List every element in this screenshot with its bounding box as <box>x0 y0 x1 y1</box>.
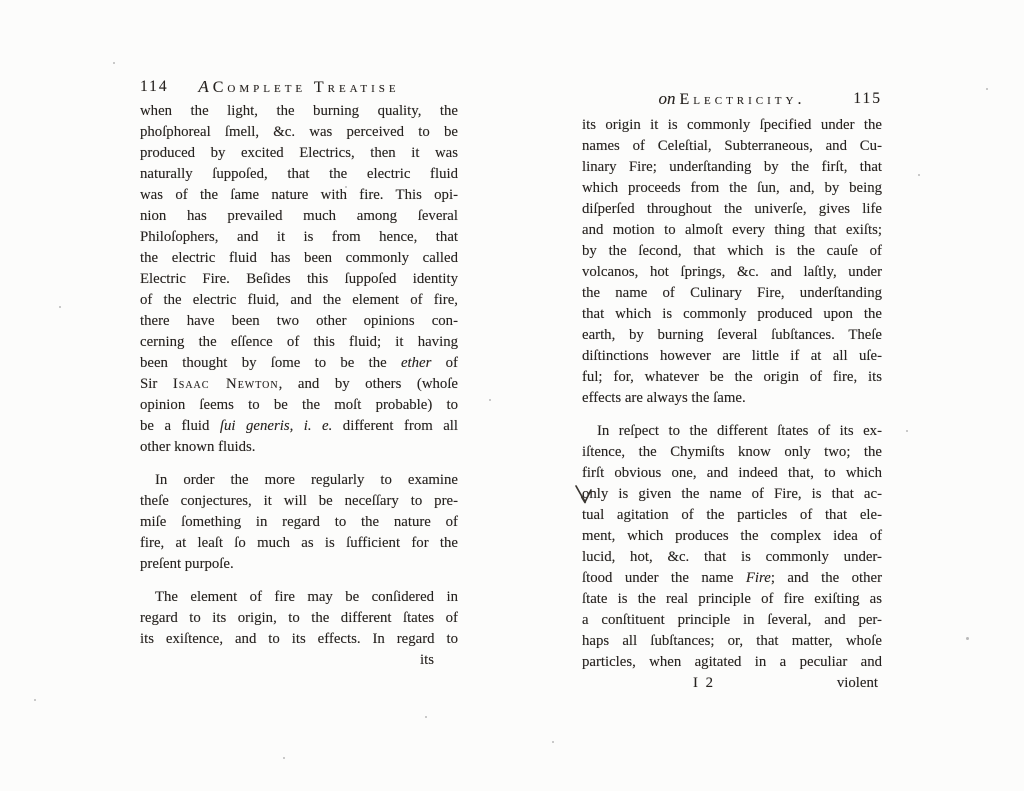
paragraph: when the light, the burning quality, the… <box>140 101 458 458</box>
smallcaps-text: Isaac Newton <box>173 376 279 392</box>
scan-speck <box>918 174 920 176</box>
text-line: particles, when agitated in a peculiar a… <box>582 652 882 673</box>
scan-speck <box>489 399 491 401</box>
text-line: by the ſecond, that which is the cauſe o… <box>582 241 882 262</box>
text-segment: diſtinctions however are little if at al… <box>582 348 882 364</box>
signature-mark: I 2 <box>693 673 715 694</box>
text-segment: nion has prevailed much among ſeveral <box>140 208 458 224</box>
text-line: phoſphoreal ſmell, &c. was perceived to … <box>140 122 458 143</box>
text-line: which proceeds from the ſun, and, by bei… <box>582 178 882 199</box>
text-segment: different from all <box>332 418 458 434</box>
text-line: naturally ſuppoſed, that the electric fl… <box>140 164 458 185</box>
signature-line: I 2 violent <box>582 673 882 694</box>
text-segment: and motion to almoſt every thing that ex… <box>582 222 882 238</box>
italic-text: ether <box>401 355 431 371</box>
text-line: fire, at leaſt ſo much as is ſufficient … <box>140 533 458 554</box>
text-segment: its exiſtence, and to its effects. In re… <box>140 631 458 647</box>
scan-speck <box>986 88 988 90</box>
text-segment: there have been two other opinions con- <box>140 313 458 329</box>
text-line: a conſtituent principle in ſeveral, and … <box>582 610 882 631</box>
text-segment: ment, which produces the complex idea of <box>582 528 882 544</box>
text-line: preſent purpoſe. <box>140 554 458 575</box>
catchword: its <box>420 652 434 668</box>
text-segment: , and by others (whoſe <box>279 376 458 392</box>
text-line: firſt obvious one, and indeed that, to w… <box>582 463 882 484</box>
text-line: the name of Culinary Fire, underſtanding <box>582 283 882 304</box>
text-line: regard to its origin, to the different ſ… <box>140 608 458 629</box>
scan-speck <box>552 741 554 743</box>
text-line: Electric Fire. Beſides this ſuppoſed ide… <box>140 269 458 290</box>
page-number: 114 <box>140 76 169 98</box>
italic-text: Fire <box>746 570 771 586</box>
text-line: produced by excited Electrics, then it w… <box>140 143 458 164</box>
text-line: ment, which produces the complex idea of <box>582 526 882 547</box>
text-segment: miſe ſomething in regard to the nature o… <box>140 514 458 530</box>
text-segment: iſtence, the Chymiſts know only two; the <box>582 444 882 460</box>
text-line: its exiſtence, and to its effects. In re… <box>140 629 458 650</box>
smallcaps-text: Complete Treatise <box>213 79 400 96</box>
text-line: The element of fire may be conſidered in <box>140 587 458 608</box>
text-line: nion has prevailed much among ſeveral <box>140 206 458 227</box>
text-segment: that which is commonly produced upon the <box>582 306 882 322</box>
italic-text: ſui generis, i. e. <box>220 418 332 434</box>
page-body: when the light, the burning quality, the… <box>140 101 458 650</box>
text-segment: names of Celeſtial, Subterraneous, and C… <box>582 138 882 154</box>
text-line: was of the ſame nature with fire. This o… <box>140 185 458 206</box>
text-segment: lucid, hot, &c. that is commonly under- <box>582 549 882 565</box>
text-segment: when the light, the burning quality, the <box>140 103 458 119</box>
text-line: ſtate is the real principle of fire exiſ… <box>582 589 882 610</box>
paragraph: In order the more regularly to examineth… <box>140 470 458 575</box>
scan-speck <box>34 699 36 701</box>
text-line: cerning the eſſence of this fluid; it ha… <box>140 332 458 353</box>
paragraph: The element of fire may be conſidered in… <box>140 587 458 650</box>
text-line: diſtinctions however are little if at al… <box>582 346 882 367</box>
text-line: there have been two other opinions con- <box>140 311 458 332</box>
text-line: diſperſed throughout the univerſe, gives… <box>582 199 882 220</box>
text-segment: naturally ſuppoſed, that the electric fl… <box>140 166 458 182</box>
text-line: In reſpect to the different ſtates of it… <box>582 421 882 442</box>
right-page: on Electricity. 115 its origin it is com… <box>582 88 882 694</box>
text-segment: been thought by ſome to be the <box>140 355 401 371</box>
text-line: be a fluid ſui generis, i. e. different … <box>140 416 458 437</box>
text-segment: tual agitation of the particles of that … <box>582 507 882 523</box>
smallcaps-text: Electricity. <box>680 91 806 108</box>
text-segment: be a fluid <box>140 418 220 434</box>
paragraph: its origin it is commonly ſpecified unde… <box>582 115 882 409</box>
text-line: the electric fluid has been commonly cal… <box>140 248 458 269</box>
text-segment: ſtate is the real principle of fire exiſ… <box>582 591 882 607</box>
text-line: effects are always the ſame. <box>582 388 882 409</box>
text-line: names of Celeſtial, Subterraneous, and C… <box>582 136 882 157</box>
text-segment: preſent purpoſe. <box>140 556 234 572</box>
text-line: linary Fire; underſtanding by the firſt,… <box>582 157 882 178</box>
text-segment: by the ſecond, that which is the cauſe o… <box>582 243 882 259</box>
text-segment: volcanos, hot ſprings, &c. and laſtly, u… <box>582 264 882 280</box>
text-segment: ; and the other <box>771 570 882 586</box>
text-segment: of the electric fluid, and the element o… <box>140 292 458 308</box>
text-line: other known fluids. <box>140 437 458 458</box>
scan-speck <box>966 637 969 640</box>
text-line: iſtence, the Chymiſts know only two; the <box>582 442 882 463</box>
scan-speck <box>113 62 115 64</box>
italic-text: on <box>659 89 676 108</box>
text-segment: the name of Culinary Fire, underſtanding <box>582 285 882 301</box>
text-segment: theſe conjectures, it will be neceſſary … <box>140 493 458 509</box>
text-segment: which proceeds from the ſun, and, by bei… <box>582 180 882 196</box>
text-segment: haps all ſubſtances; or, that matter, wh… <box>582 633 882 649</box>
scan-speck <box>59 306 61 308</box>
running-title: on Electricity. <box>659 91 806 108</box>
scan-speck <box>425 716 427 718</box>
text-line: that which is commonly produced upon the <box>582 304 882 325</box>
text-line: earth, by burning ſeveral ſubſtances. Th… <box>582 325 882 346</box>
text-line: when the light, the burning quality, the <box>140 101 458 122</box>
text-line: only is given the name of Fire, is that … <box>582 484 882 505</box>
scan-speck <box>906 430 908 432</box>
text-segment: In order the more regularly to examine <box>155 472 458 488</box>
left-page: 114 A Complete Treatise when the light, … <box>140 76 458 671</box>
text-segment: only is given the name of Fire, is that … <box>582 486 882 502</box>
italic-text: A <box>198 77 208 96</box>
text-segment: cerning the eſſence of this fluid; it ha… <box>140 334 458 350</box>
paragraph: In reſpect to the different ſtates of it… <box>582 421 882 673</box>
text-segment: fire, at leaſt ſo much as is ſufficient … <box>140 535 458 551</box>
scan-speck <box>283 757 285 759</box>
text-line: miſe ſomething in regard to the nature o… <box>140 512 458 533</box>
text-segment: firſt obvious one, and indeed that, to w… <box>582 465 882 481</box>
text-segment: phoſphoreal ſmell, &c. was perceived to … <box>140 124 458 140</box>
scan-speck <box>345 186 347 188</box>
text-segment: regard to its origin, to the different ſ… <box>140 610 458 626</box>
text-line: Sir Isaac Newton, and by others (whoſe <box>140 374 458 395</box>
text-line: been thought by ſome to be the ether of <box>140 353 458 374</box>
text-segment: earth, by burning ſeveral ſubſtances. Th… <box>582 327 882 343</box>
ink-mark <box>572 484 600 508</box>
text-segment: The element of fire may be conſidered in <box>155 589 458 605</box>
text-segment: diſperſed throughout the univerſe, gives… <box>582 201 882 217</box>
text-segment: opinion ſeems to be the moſt probable) t… <box>140 397 458 413</box>
page-body: its origin it is commonly ſpecified unde… <box>582 115 882 673</box>
text-segment: Electric Fire. Beſides this ſuppoſed ide… <box>140 271 458 287</box>
text-segment: ful; for, whatever be the origin of fire… <box>582 369 882 385</box>
text-line: haps all ſubſtances; or, that matter, wh… <box>582 631 882 652</box>
text-line: ſtood under the name Fire; and the other <box>582 568 882 589</box>
text-segment: Philoſophers, and it is from hence, that <box>140 229 458 245</box>
catchword: violent <box>837 675 878 691</box>
text-segment: a conſtituent principle in ſeveral, and … <box>582 612 882 628</box>
text-line: ful; for, whatever be the origin of fire… <box>582 367 882 388</box>
page-number: 115 <box>853 88 882 110</box>
text-line: Philoſophers, and it is from hence, that <box>140 227 458 248</box>
catchword-line: its <box>140 650 458 671</box>
text-segment: linary Fire; underſtanding by the firſt,… <box>582 159 882 175</box>
text-segment: effects are always the ſame. <box>582 390 746 406</box>
text-segment: Sir <box>140 376 173 392</box>
text-line: volcanos, hot ſprings, &c. and laſtly, u… <box>582 262 882 283</box>
text-segment: its origin it is commonly ſpecified unde… <box>582 117 882 133</box>
text-line: opinion ſeems to be the moſt probable) t… <box>140 395 458 416</box>
text-segment: ſtood under the name <box>582 570 746 586</box>
text-segment: other known fluids. <box>140 439 256 455</box>
text-segment: the electric fluid has been commonly cal… <box>140 250 458 266</box>
text-segment: particles, when agitated in a peculiar a… <box>582 654 882 670</box>
text-line: tual agitation of the particles of that … <box>582 505 882 526</box>
text-segment: produced by excited Electrics, then it w… <box>140 145 458 161</box>
running-title: A Complete Treatise <box>198 79 399 96</box>
text-line: In order the more regularly to examine <box>140 470 458 491</box>
text-line: and motion to almoſt every thing that ex… <box>582 220 882 241</box>
text-segment: of <box>431 355 458 371</box>
book-scan: 114 A Complete Treatise when the light, … <box>0 0 1024 791</box>
page-header: on Electricity. 115 <box>582 88 882 110</box>
page-header: 114 A Complete Treatise <box>140 76 458 98</box>
text-segment: In reſpect to the different ſtates of it… <box>597 423 882 439</box>
text-line: theſe conjectures, it will be neceſſary … <box>140 491 458 512</box>
text-line: its origin it is commonly ſpecified unde… <box>582 115 882 136</box>
text-line: lucid, hot, &c. that is commonly under- <box>582 547 882 568</box>
text-line: of the electric fluid, and the element o… <box>140 290 458 311</box>
text-segment: was of the ſame nature with fire. This o… <box>140 187 458 203</box>
